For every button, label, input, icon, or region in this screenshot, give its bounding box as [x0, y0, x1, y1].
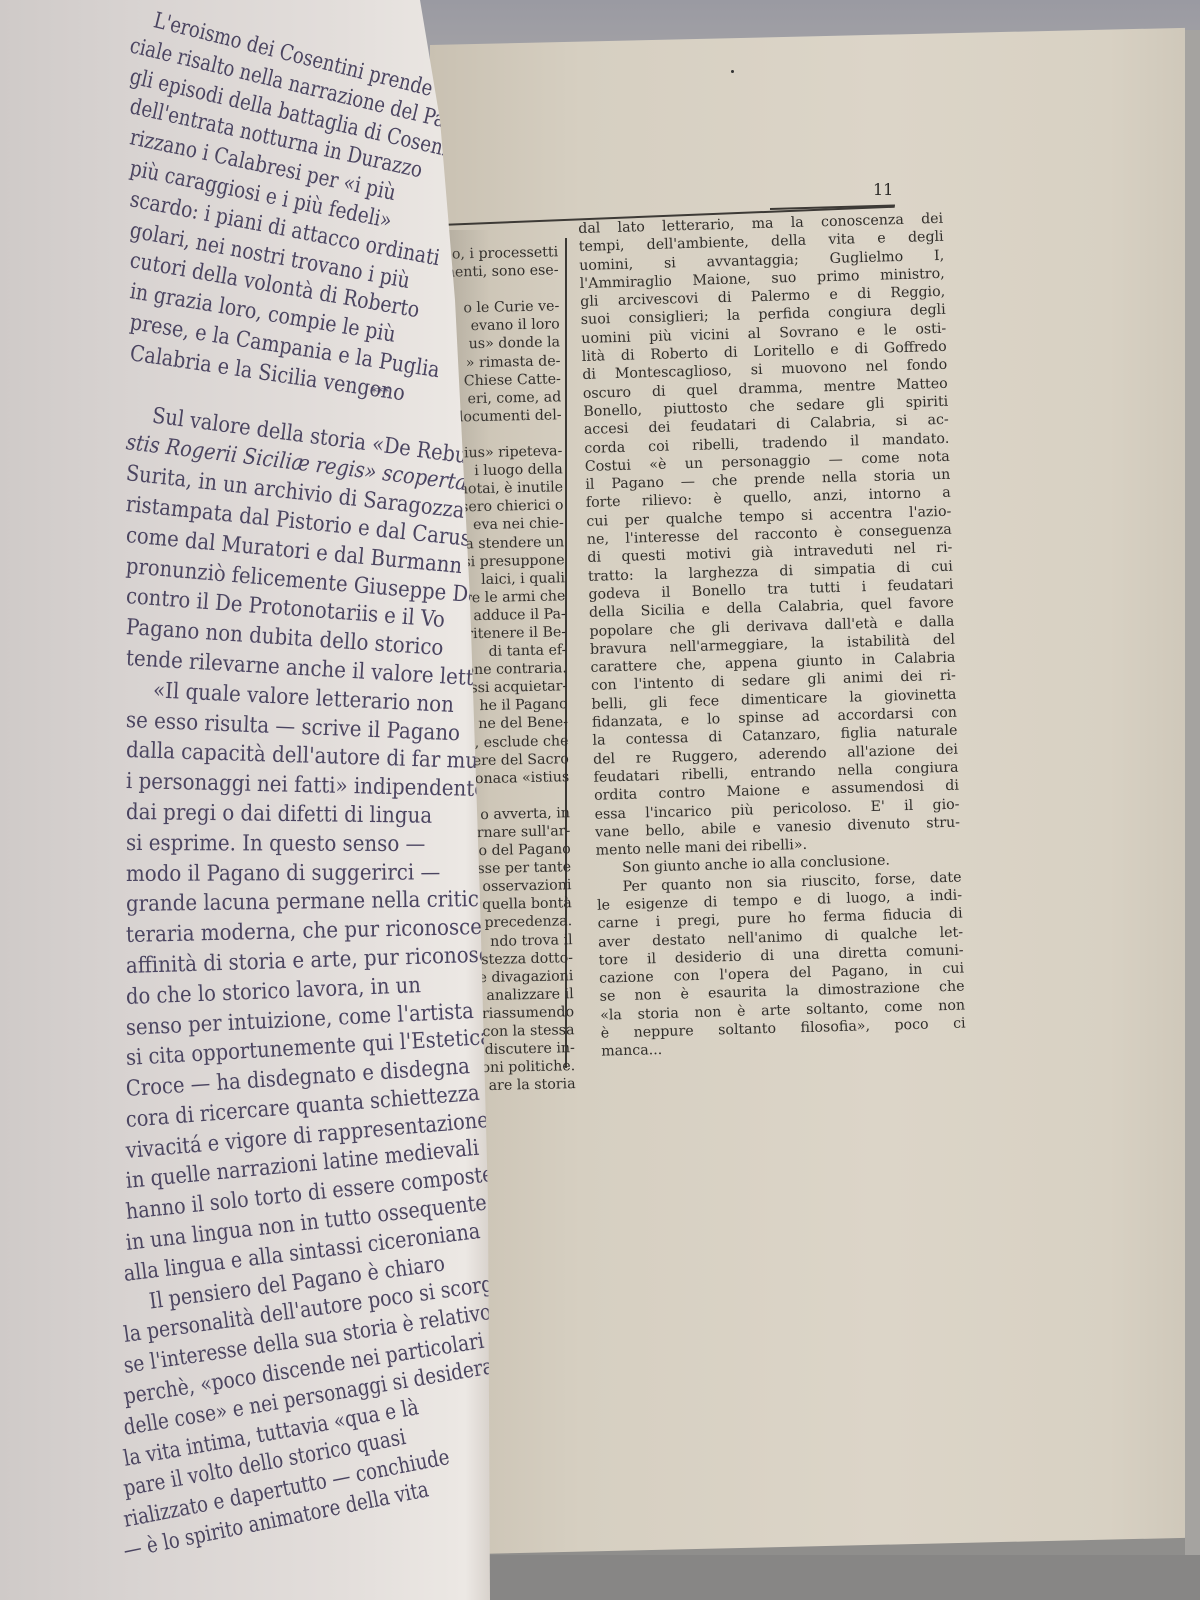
page-number: 11: [873, 180, 893, 199]
text-line: si esprime. In questo senso —: [126, 829, 468, 861]
right-column-text: dal lato letterario, ma la conoscenza de…: [578, 210, 966, 1062]
page-edge: [1185, 30, 1200, 1570]
ink-spot: [731, 70, 734, 73]
text-line: dai pregi o dai difetti di lingua: [126, 798, 468, 833]
left-page-curled: L'eroismo dei Cosentini prendeciale risa…: [0, 0, 490, 1600]
table-background-bottom: [480, 1555, 1200, 1600]
